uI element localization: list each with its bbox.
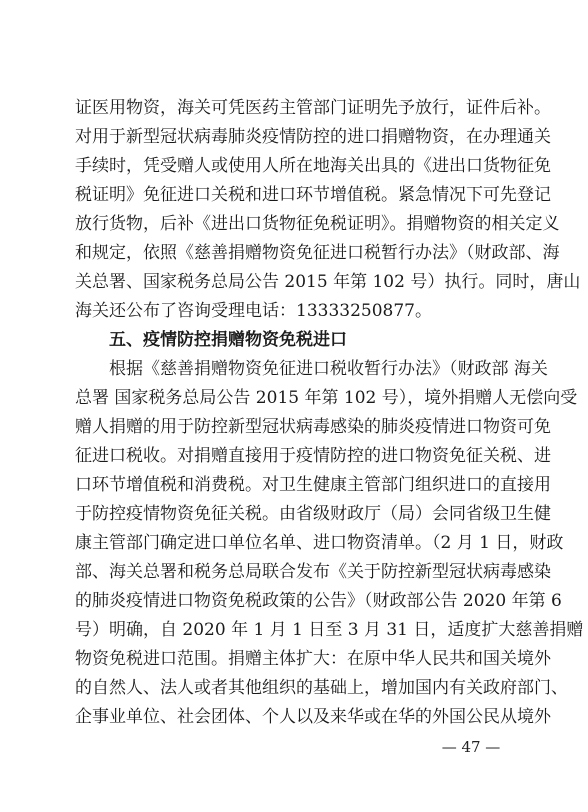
text-line: 企事业单位、社会团体、个人以及来华或在华的外国公民从境外 [75, 703, 520, 732]
text-line: 号）明确，自 2020 年 1 月 1 日至 3 月 31 日，适度扩大慈善捐赠 [75, 616, 520, 645]
text-line: 和规定，依照《慈善捐赠物资免征进口税暂行办法》（财政部、海 [75, 239, 520, 268]
text-line: 放行货物，后补《进出口货物征免税证明》。捐赠物资的相关定义 [75, 210, 520, 239]
text-line: 手续时，凭受赠人或使用人所在地海关出具的《进出口货物征免 [75, 152, 520, 181]
body-text: 证医用物资，海关可凭医药主管部门证明先予放行，证件后补。 对用于新型冠状病毒肺炎… [75, 94, 520, 732]
text-line: 关总署、国家税务总局公告 2015 年第 102 号）执行。同时，唐山 [75, 268, 520, 297]
paragraph-first-line: 根据《慈善捐赠物资免征进口税收暂行办法》（财政部 海关 [75, 355, 520, 384]
text-line: 对用于新型冠状病毒肺炎疫情防控的进口捐赠物资，在办理通关 [75, 123, 520, 152]
text-line: 证医用物资，海关可凭医药主管部门证明先予放行，证件后补。 [75, 94, 520, 123]
page-number: — 47 — [440, 736, 502, 758]
text-line: 征进口税收。对捐赠直接用于疫情防控的进口物资免征关税、进 [75, 442, 520, 471]
section-heading: 五、疫情防控捐赠物资免税进口 [75, 326, 520, 355]
text-line: 总署 国家税务总局公告 2015 年第 102 号），境外捐赠人无偿向受 [75, 384, 520, 413]
text-line: 赠人捐赠的用于防控新型冠状病毒感染的肺炎疫情进口物资可免 [75, 413, 520, 442]
text-line: 税证明》免征进口关税和进口环节增值税。紧急情况下可先登记 [75, 181, 520, 210]
text-line: 物资免税进口范围。捐赠主体扩大：在原中华人民共和国关境外 [75, 645, 520, 674]
text-line: 的自然人、法人或者其他组织的基础上，增加国内有关政府部门、 [75, 674, 520, 703]
document-page: 证医用物资，海关可凭医药主管部门证明先予放行，证件后补。 对用于新型冠状病毒肺炎… [0, 0, 588, 812]
text-line: 康主管部门确定进口单位名单、进口物资清单。（2 月 1 日，财政 [75, 529, 520, 558]
text-line: 于防控疫情物资免征关税。由省级财政厅（局）会同省级卫生健 [75, 500, 520, 529]
text-line: 海关还公布了咨询受理电话：13333250877。 [75, 297, 520, 326]
text-line: 口环节增值税和消费税。对卫生健康主管部门组织进口的直接用 [75, 471, 520, 500]
text-line: 部、海关总署和税务总局联合发布《关于防控新型冠状病毒感染 [75, 558, 520, 587]
text-line: 的肺炎疫情进口物资免税政策的公告》（财政部公告 2020 年第 6 [75, 587, 520, 616]
